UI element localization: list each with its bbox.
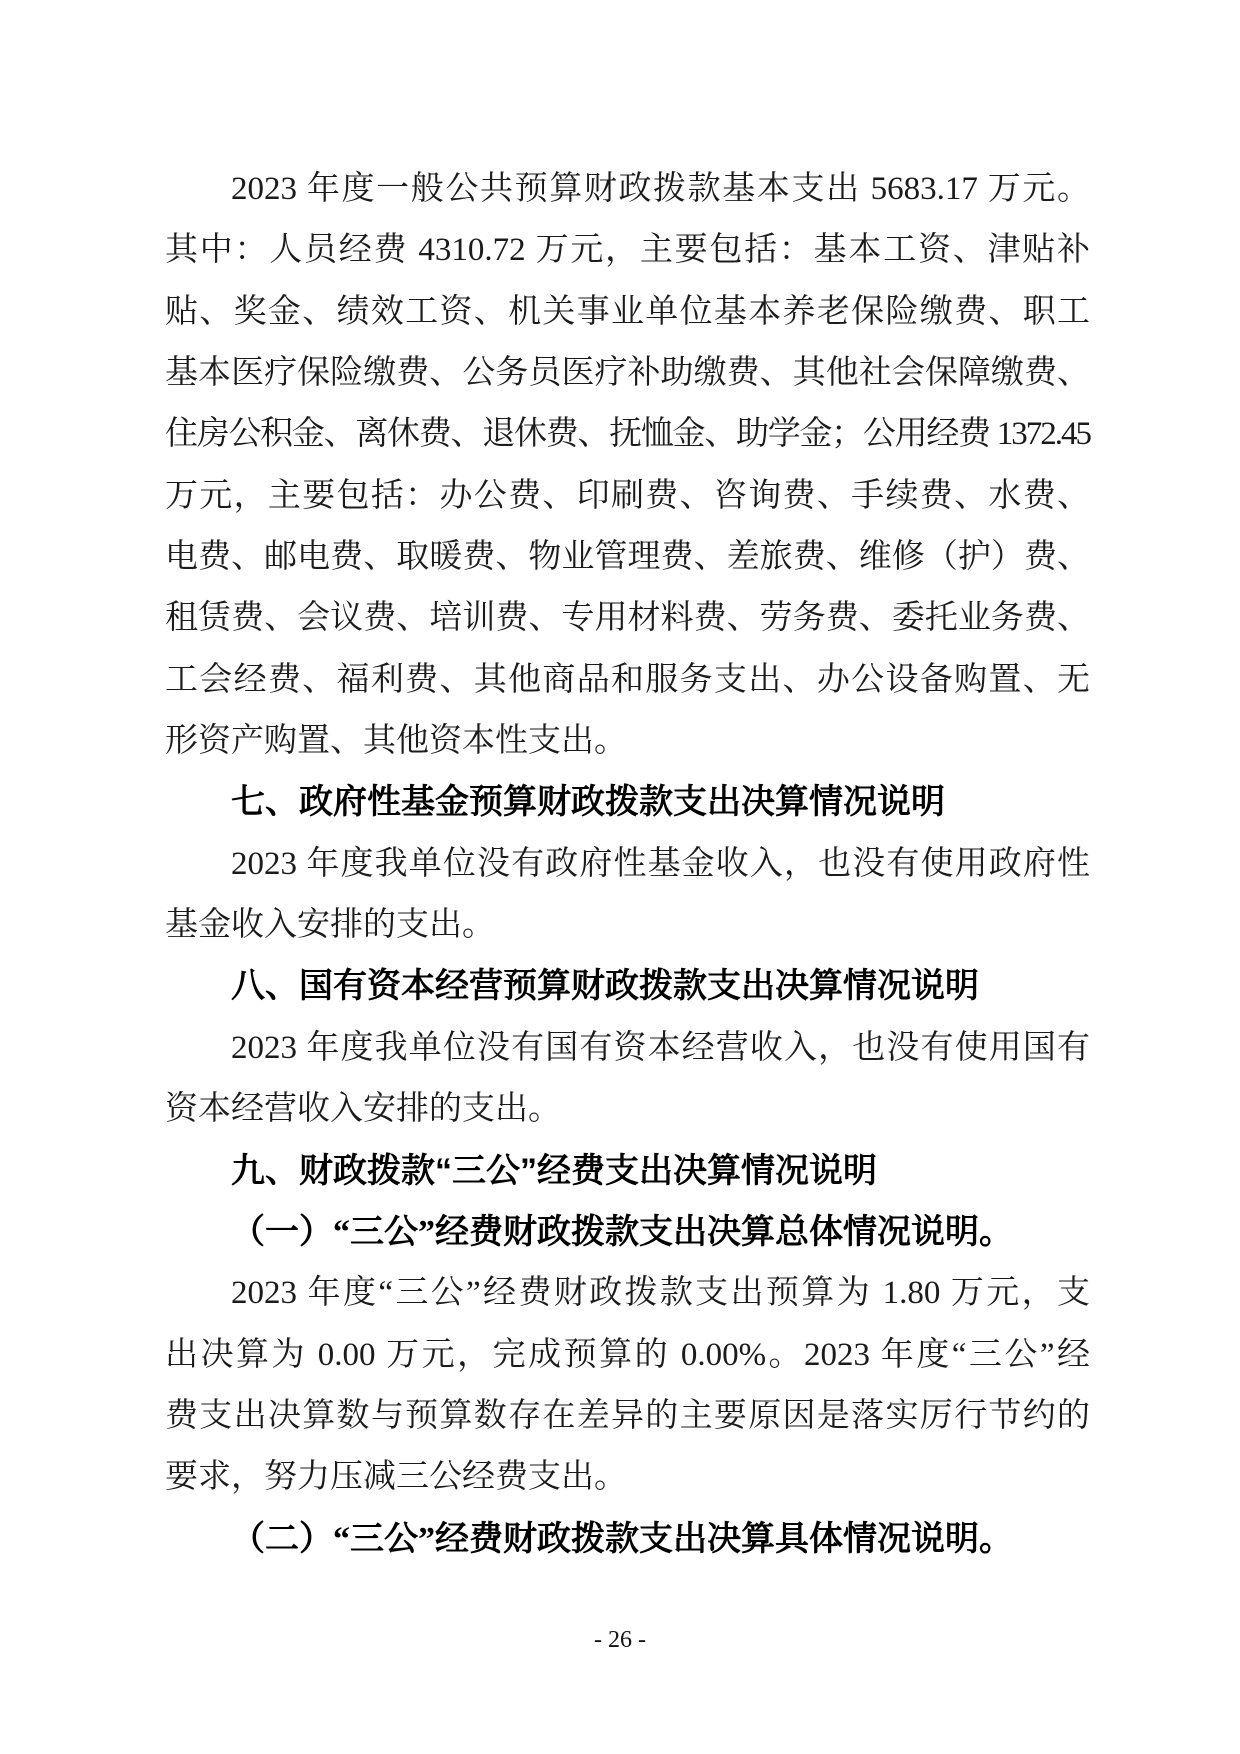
body-line: 要求，努力压减三公经费支出。 — [165, 1447, 1090, 1508]
body-line: 工会经费、福利费、其他商品和服务支出、办公设备购置、无 — [165, 650, 1090, 711]
section-heading-7: 七、政府性基金预算财政拨款支出决算情况说明 — [165, 772, 1090, 833]
body-line: 形资产购置、其他资本性支出。 — [165, 711, 1090, 772]
subsection-heading-1: （一）“三公”经费财政拨款支出决算总体情况说明。 — [165, 1202, 1090, 1263]
body-line: 2023 年度我单位没有政府性基金收入，也没有使用政府性 — [165, 834, 1090, 895]
body-line: 出决算为 0.00 万元，完成预算的 0.00%。2023 年度“三公”经 — [165, 1325, 1090, 1386]
body-line: 基本医疗保险缴费、公务员医疗补助缴费、其他社会保障缴费、 — [165, 343, 1090, 404]
body-line: 住房公积金、离休费、退休费、抚恤金、助学金；公用经费 1372.45 — [165, 404, 1090, 465]
document-body: 2023 年度一般公共预算财政拨款基本支出 5683.17 万元。 其中：人员经… — [165, 159, 1090, 1570]
body-line: 2023 年度一般公共预算财政拨款基本支出 5683.17 万元。 — [165, 159, 1090, 220]
section-heading-8: 八、国有资本经营预算财政拨款支出决算情况说明 — [165, 956, 1090, 1017]
body-line: 费支出决算数与预算数存在差异的主要原因是落实厉行节约的 — [165, 1386, 1090, 1447]
page-number: - 26 - — [0, 1624, 1240, 1656]
section-heading-9: 九、财政拨款“三公”经费支出决算情况说明 — [165, 1141, 1090, 1202]
document-page: 2023 年度一般公共预算财政拨款基本支出 5683.17 万元。 其中：人员经… — [0, 0, 1240, 1754]
body-line: 2023 年度我单位没有国有资本经营收入，也没有使用国有 — [165, 1018, 1090, 1079]
body-line: 租赁费、会议费、培训费、专用材料费、劳务费、委托业务费、 — [165, 588, 1090, 649]
subsection-heading-2: （二）“三公”经费财政拨款支出决算具体情况说明。 — [165, 1509, 1090, 1570]
body-line: 资本经营收入安排的支出。 — [165, 1079, 1090, 1140]
body-line: 万元，主要包括：办公费、印刷费、咨询费、手续费、水费、 — [165, 466, 1090, 527]
body-line: 基金收入安排的支出。 — [165, 895, 1090, 956]
body-line: 电费、邮电费、取暖费、物业管理费、差旅费、维修（护）费、 — [165, 527, 1090, 588]
body-line: 其中：人员经费 4310.72 万元，主要包括：基本工资、津贴补 — [165, 220, 1090, 281]
body-line: 贴、奖金、绩效工资、机关事业单位基本养老保险缴费、职工 — [165, 282, 1090, 343]
body-line: 2023 年度“三公”经费财政拨款支出预算为 1.80 万元，支 — [165, 1263, 1090, 1324]
